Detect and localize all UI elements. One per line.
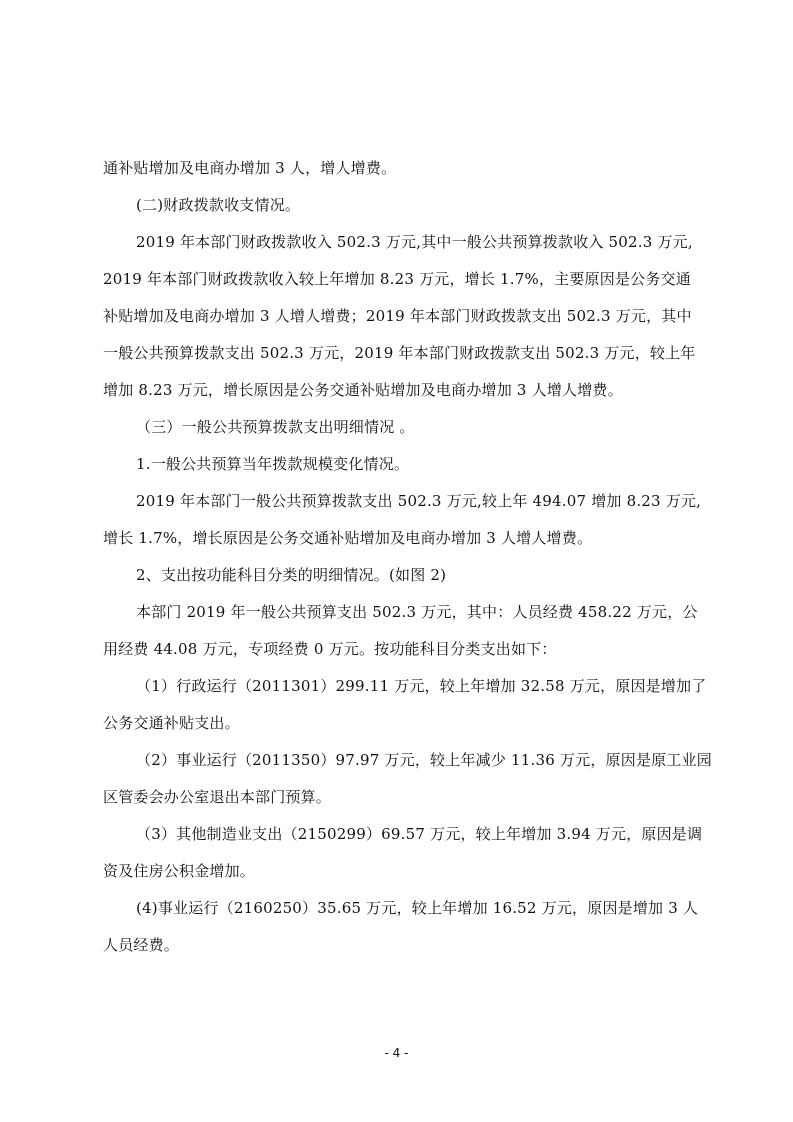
paragraph-line: 本部门 2019 年一般公共预算支出 502.3 万元，其中：人员经费 458.…: [136, 602, 736, 622]
section-heading-general-budget-detail: （三）一般公共预算拨款支出明细情况 。: [136, 417, 736, 437]
paragraph-line: 补贴增加及电商办增加 3 人增人增费；2019 年本部门财政拨款支出 502.3…: [103, 306, 703, 326]
document-page: 通补贴增加及电商办增加 3 人，增人增费。 (二)财政拨款收支情况。 2019 …: [0, 0, 793, 1122]
list-item-1: （1）行政运行（2011301）299.11 万元，较上年增加 32.58 万元…: [136, 676, 736, 696]
list-item-3: （3）其他制造业支出（2150299）69.57 万元，较上年增加 3.94 万…: [136, 824, 736, 844]
subsection-heading-scale-change: 1.一般公共预算当年拨款规模变化情况。: [136, 454, 736, 474]
paragraph-line: 一般公共预算拨款支出 502.3 万元，2019 年本部门财政拨款支出 502.…: [103, 343, 703, 363]
page-number: - 4 -: [0, 1046, 793, 1060]
list-item-1-continued: 公务交通补贴支出。: [103, 713, 703, 733]
section-heading-fiscal-appropriation: (二)财政拨款收支情况。: [136, 195, 736, 215]
paragraph-line: 增长 1.7%，增长原因是公务交通补贴增加及电商办增加 3 人增人增费。: [103, 528, 703, 548]
list-item-4: (4)事业运行（2160250）35.65 万元，较上年增加 16.52 万元，…: [136, 898, 736, 918]
list-item-2: （2）事业运行（2011350）97.97 万元，较上年减少 11.36 万元，…: [136, 750, 736, 770]
paragraph-line: 2019 年本部门财政拨款收入较上年增加 8.23 万元，增长 1.7%，主要原…: [103, 269, 703, 289]
paragraph-line: 2019 年本部门一般公共预算拨款支出 502.3 万元,较上年 494.07 …: [136, 491, 736, 511]
list-item-4-continued: 人员经费。: [103, 935, 703, 955]
paragraph-line: 2019 年本部门财政拨款收入 502.3 万元,其中一般公共预算拨款收入 50…: [136, 232, 736, 252]
list-item-3-continued: 资及住房公积金增加。: [103, 861, 703, 881]
paragraph-line: 用经费 44.08 万元，专项经费 0 万元。按功能科目分类支出如下：: [103, 639, 703, 659]
subsection-heading-functional-classification: 2、支出按功能科目分类的明细情况。(如图 2): [136, 565, 736, 585]
list-item-2-continued: 区管委会办公室退出本部门预算。: [103, 787, 703, 807]
paragraph-line: 增加 8.23 万元，增长原因是公务交通补贴增加及电商办增加 3 人增人增费。: [103, 380, 703, 400]
paragraph-line: 通补贴增加及电商办增加 3 人，增人增费。: [103, 158, 703, 178]
